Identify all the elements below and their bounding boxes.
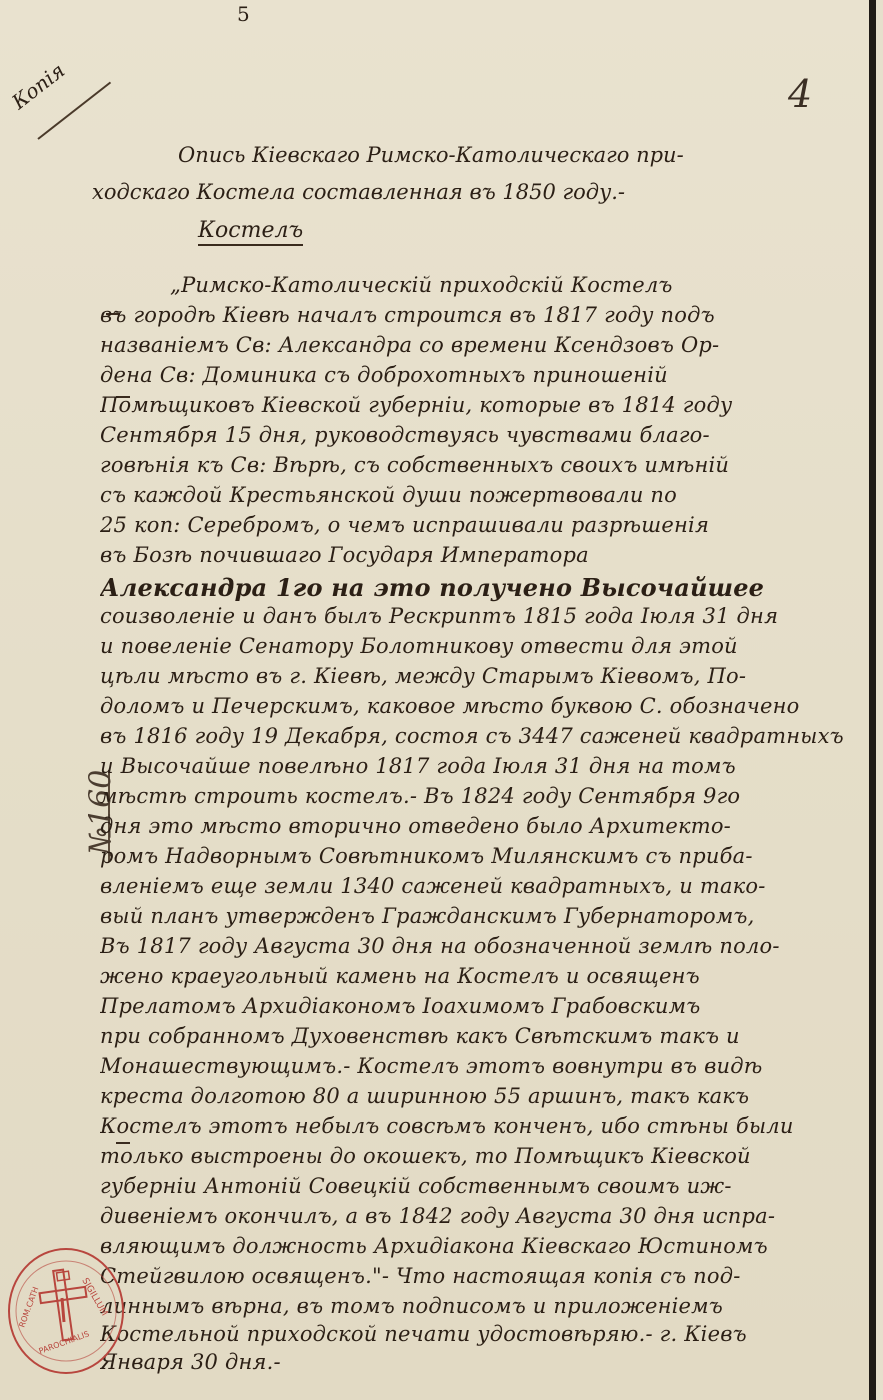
body-line: доломъ и Печерскимъ, каковое мѣсто букво…	[100, 694, 870, 718]
body-line: въ 1816 году 19 Декабря, состоя съ 3447 …	[100, 724, 870, 748]
body-line: „Римско-Католическій приходскій Костелъ	[170, 273, 883, 297]
body-line: только выстроены до окошекъ, то Помѣщикъ…	[100, 1144, 870, 1168]
body-line: Сентября 15 дня, руководствуясь чувствам…	[100, 423, 870, 447]
page-number: 4	[788, 72, 812, 116]
body-line: Января 30 дня.-	[100, 1350, 870, 1374]
body-line: соизволеніе и данъ былъ Рескриптъ 1815 г…	[100, 604, 870, 628]
body-line: дня это мѣсто вторично отведено было Арх…	[100, 814, 870, 838]
body-line: въ Бозѣ почившаго Государя Императора	[100, 543, 870, 567]
document-page: 5 4 Копія Опись Кіевскаго Римско-Католич…	[0, 0, 876, 1400]
body-line: цѣли мѣсто въ г. Кіевѣ, между Старымъ Кі…	[100, 664, 870, 688]
body-line: названіемъ Св: Александра со времени Ксе…	[100, 333, 870, 357]
body-line: Помѣщиковъ Кіевской губерніи, которые въ…	[100, 393, 870, 417]
body-line: Прелатомъ Архидіакономъ Іоахимомъ Грабов…	[100, 994, 870, 1018]
title-line-1: Опись Кіевскаго Римско-Католическаго при…	[178, 143, 684, 167]
body-line: вленіемъ еще земли 1340 саженей квадратн…	[100, 874, 870, 898]
folio-mark: 5	[237, 2, 250, 26]
body-line: мѣстѣ строить костелъ.- Въ 1824 году Сен…	[100, 784, 870, 808]
body-line: линнымъ вѣрна, въ томъ подписомъ и прило…	[100, 1294, 870, 1318]
title-line-2: ходскаго Костела составленная въ 1850 го…	[92, 180, 625, 204]
parish-seal: SIGILLUM ROM.CATH PAROCHIALIS	[8, 1248, 124, 1374]
body-line: Монашествующимъ.- Костелъ этотъ вовнутри…	[100, 1054, 870, 1078]
body-line: съ каждой Крестьянской души пожертвовали…	[100, 483, 870, 507]
body-line: дена Св: Доминика съ доброхотныхъ принош…	[100, 363, 870, 387]
body-line: и повеленіе Сенатору Болотникову отвести…	[100, 634, 870, 658]
svg-text:PAROCHIALIS: PAROCHIALIS	[38, 1329, 91, 1356]
body-line: и Высочайше повелѣно 1817 года Іюля 31 д…	[100, 754, 870, 778]
body-line: губерніи Антоній Совецкій собственнымъ с…	[100, 1174, 870, 1198]
svg-text:ROM.CATH: ROM.CATH	[17, 1286, 40, 1329]
body-line: говѣнія къ Св: Вѣрѣ, съ собственныхъ сво…	[100, 453, 870, 477]
body-line: вляющимъ должность Архидіакона Кіевскаго…	[100, 1234, 870, 1258]
body-line: Костельной приходской печати удостовѣряю…	[100, 1322, 870, 1346]
seal-cross-icon: SIGILLUM ROM.CATH PAROCHIALIS	[10, 1250, 122, 1372]
body-line: дивеніемъ окончилъ, а въ 1842 году Авгус…	[100, 1204, 870, 1228]
body-line: Костелъ этотъ небылъ совсѣмъ конченъ, иб…	[100, 1114, 870, 1138]
body-line: въ городѣ Кіевѣ началъ строится въ 1817 …	[100, 303, 870, 327]
page-edge	[869, 0, 876, 1400]
body-line: 25 коп: Серебромъ, о чемъ испрашивали ра…	[100, 513, 870, 537]
body-line: Въ 1817 году Августа 30 дня на обозначен…	[100, 934, 870, 958]
body-line: жено краеугольный камень на Костелъ и ос…	[100, 964, 870, 988]
body-line: креста долготою 80 а ширинною 55 аршинъ,…	[100, 1084, 870, 1108]
body-line: вый планъ утвержденъ Гражданскимъ Губерн…	[100, 904, 870, 928]
body-line: Стейгвилою освященъ."- Что настоящая коп…	[100, 1264, 870, 1288]
margin-number: №160	[83, 770, 118, 856]
body-line: при собранномъ Духовенствѣ какъ Свѣтским…	[100, 1024, 870, 1048]
section-heading: Костелъ	[198, 218, 303, 246]
body-line: Александра 1го на это получено Высочайше…	[100, 573, 870, 602]
copy-note: Копія	[7, 58, 69, 114]
body-line: ромъ Надворнымъ Совѣтникомъ Милянскимъ с…	[100, 844, 870, 868]
